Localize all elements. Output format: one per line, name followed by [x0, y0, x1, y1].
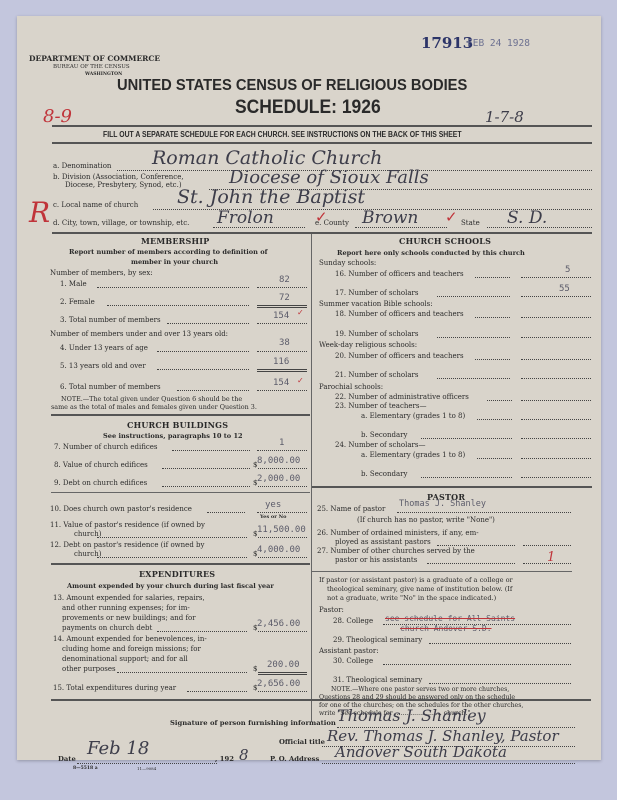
graduate-note-1: If pastor (or assistant pastor) is a gra… — [319, 576, 513, 584]
school-q23a-label: a. Elementary (grades 1 to 8) — [361, 412, 465, 420]
owns-residence-label: 10. Does church own pastor's residence — [50, 505, 192, 513]
edifices-value-field[interactable]: 8,000.00 — [257, 456, 300, 466]
total-members-field[interactable]: 154 — [273, 311, 289, 321]
pastor-college-field-cont: church Andover S.D. — [400, 624, 492, 633]
sunday-schools-label: Sunday schools: — [319, 259, 376, 267]
pastor-college-label: 28. College — [333, 617, 373, 625]
bureau-label: BUREAU OF THE CENSUS — [53, 64, 130, 70]
school-q17-label: 17. Number of scholars — [335, 289, 418, 297]
print-code: 11—9084 — [137, 766, 156, 771]
signature-field[interactable]: Thomas J. Shanley — [337, 706, 486, 725]
edifices-count-dots — [172, 450, 250, 451]
school-q20-label: 20. Number of officers and teachers — [335, 352, 464, 360]
membership-note-1: NOTE.—The total given under Question 6 s… — [61, 395, 242, 403]
assistants-dots — [437, 545, 515, 546]
assistant-seminary-field[interactable] — [429, 683, 571, 684]
expense-14-line — [258, 672, 307, 675]
male-label: 1. Male — [60, 280, 87, 288]
residence-value-label-1: 11. Value of pastor's residence (if owne… — [50, 521, 205, 529]
school-q18-dots — [475, 317, 510, 318]
owns-residence-dots — [207, 512, 245, 513]
school-q16-dots — [475, 277, 510, 278]
expense-total-label: 15. Total expenditures during year — [53, 684, 176, 692]
school-q16-label: 16. Number of officers and teachers — [335, 270, 464, 278]
owns-residence-line — [257, 512, 307, 513]
assistant-college-field[interactable] — [383, 664, 571, 665]
over-13-label: 5. 13 years old and over — [60, 362, 146, 370]
female-dots — [107, 305, 249, 306]
yes-no-hint: Yes or No — [260, 514, 287, 520]
check-mark-icon: ✓ — [297, 308, 304, 317]
department-label: DEPARTMENT OF COMMERCE — [29, 54, 160, 63]
membership-subtitle-1: Report number of members according to de… — [69, 248, 268, 256]
school-q17-dots — [437, 296, 510, 297]
pastor-seminary-field[interactable] — [429, 643, 571, 644]
over-13-field[interactable]: 116 — [273, 357, 289, 367]
residence-value-dots — [97, 537, 247, 538]
denomination-label: a. Denomination — [53, 162, 111, 170]
address-field[interactable]: Andover South Dakota — [335, 743, 507, 761]
expense-13-line-1: 13. Amount expended for salaries, repair… — [53, 594, 205, 602]
church-buildings-subtitle: See instructions, paragraphs 10 to 12 — [103, 432, 243, 440]
school-q24a-dots — [477, 458, 512, 459]
pastor-divider — [312, 571, 572, 572]
under-13-line — [257, 351, 307, 352]
by-age-label: Number of members under and over 13 year… — [50, 330, 228, 338]
male-field[interactable]: 82 — [279, 275, 290, 285]
owns-residence-field[interactable]: yes — [265, 500, 281, 510]
school-q22-field[interactable] — [521, 400, 591, 401]
check-mark-icon: ✓ — [297, 376, 304, 385]
school-q19-label: 19. Number of scholars — [335, 330, 418, 338]
school-q23-label: 23. Number of teachers— — [335, 402, 427, 410]
assistant-college-label: 30. College — [333, 657, 373, 665]
pastor-seminary-label: 29. Theological seminary — [333, 636, 422, 644]
school-q17-line — [521, 296, 591, 297]
instruction-rule — [52, 142, 592, 144]
membership-note-2: same as the total of males and females g… — [51, 403, 257, 411]
school-q19-dots — [437, 337, 510, 338]
female-field[interactable]: 72 — [279, 293, 290, 303]
assistant-pastor-subheading: Assistant pastor: — [319, 647, 379, 655]
residence-debt-line — [258, 557, 307, 558]
other-churches-field[interactable]: 1 — [547, 550, 555, 565]
signature-label: Signature of person furnishing informati… — [170, 719, 336, 727]
year-prefix: , 192 — [215, 755, 234, 763]
school-q24b-dots — [421, 477, 512, 478]
parochial-schools-label: Parochial schools: — [319, 383, 383, 391]
expense-13-line-3: provements or new buildings; and for — [62, 614, 196, 622]
denomination-field[interactable]: Roman Catholic Church — [152, 147, 382, 169]
edifices-count-label: 7. Number of church edifices — [54, 443, 158, 451]
column-divider — [311, 234, 312, 722]
official-title-label: Official title — [279, 738, 325, 746]
female-label: 2. Female — [60, 298, 95, 306]
school-q24a-label: a. Elementary (grades 1 to 8) — [361, 451, 465, 459]
under-13-field[interactable]: 38 — [279, 338, 290, 348]
school-q21-dots — [437, 378, 510, 379]
over-13-dots — [157, 369, 249, 370]
total-members-age-dots — [177, 390, 249, 391]
red-mark-code: 8-9 — [43, 106, 72, 127]
total-members-dots — [167, 323, 249, 324]
edifices-value-label: 8. Value of church edifices — [54, 461, 148, 469]
school-q22-label: 22. Number of administrative officers — [335, 393, 469, 401]
school-q20-dots — [475, 359, 510, 360]
pastor-note-2: Questions 28 and 29 should be answered o… — [319, 694, 515, 701]
edifices-debt-field[interactable]: 2,000.00 — [257, 474, 300, 484]
graduate-note-2: theological seminary, give name of insti… — [327, 585, 512, 593]
school-q18-field[interactable] — [521, 317, 591, 318]
school-q17-field[interactable]: 55 — [559, 284, 570, 294]
school-q23b-field[interactable] — [521, 438, 591, 439]
identification-rule — [52, 232, 592, 234]
weekday-schools-label: Week-day religious schools: — [319, 341, 417, 349]
school-q23b-dots — [421, 438, 512, 439]
form-code: 8—5518 a — [73, 766, 98, 771]
date-field[interactable]: Feb 18 — [87, 738, 149, 759]
school-q16-field[interactable]: 5 — [565, 265, 570, 275]
membership-subtitle-2: member in your church — [131, 258, 218, 266]
buildings-rule — [51, 563, 310, 565]
over-13-line — [257, 369, 307, 372]
pastor-name-label: 25. Name of pastor — [317, 505, 385, 513]
under-13-dots — [157, 351, 249, 352]
instruction-line: FILL OUT A SEPARATE SCHEDULE FOR EACH CH… — [103, 130, 462, 139]
edifices-value-dots — [162, 468, 250, 469]
expense-14-field[interactable]: 200.00 — [267, 660, 300, 670]
school-q23b-label: b. Secondary — [361, 431, 407, 439]
expense-13-line-2: and other running expenses; for im- — [62, 604, 190, 612]
division-label-1: b. Division (Association, Conference, — [53, 173, 184, 181]
edifices-debt-line — [258, 486, 307, 487]
graduate-note-3: not a graduate, write "No" in the space … — [327, 594, 496, 602]
school-q20-field[interactable] — [521, 359, 591, 360]
expense-total-dots — [187, 691, 247, 692]
school-q21-label: 21. Number of scholars — [335, 371, 418, 379]
local-name-label: c. Local name of church — [53, 201, 138, 209]
edifices-count-line — [257, 450, 307, 451]
expense-14-line-2: cluding home and foreign missions; for — [62, 645, 201, 653]
church-schools-subtitle: Report here only schools conducted by th… — [337, 249, 525, 257]
state-label: State — [461, 219, 480, 227]
assistant-seminary-label: 31. Theological seminary — [333, 676, 422, 684]
assistants-field[interactable] — [523, 545, 571, 546]
expense-13-line — [258, 631, 307, 632]
total-members-label: 3. Total number of members — [60, 316, 161, 324]
document-title: UNITED STATES CENSUS OF RELIGIOUS BODIES — [117, 77, 467, 95]
residence-value-field[interactable]: 11,500.00 — [257, 525, 306, 535]
church-schools-title: CHURCH SCHOOLS — [399, 236, 491, 246]
buildings-divider — [51, 492, 310, 493]
school-q24-label: 24. Number of scholars— — [335, 441, 425, 449]
expense-13-dots — [157, 631, 247, 632]
by-sex-label: Number of members, by sex: — [50, 269, 153, 277]
assistants-label-1: 26. Number of ordained ministers, if any… — [317, 529, 479, 537]
check-mark-icon: ✓ — [445, 208, 458, 226]
edifices-value-line — [258, 468, 307, 469]
division-field[interactable]: Diocese of Sioux Falls — [229, 167, 429, 188]
pastor-note-1: NOTE.—Where one pastor serves two or mor… — [331, 686, 509, 693]
school-q21-field[interactable] — [521, 378, 591, 379]
county-label: e. County — [315, 219, 349, 227]
school-q24a-field[interactable] — [521, 458, 591, 459]
schools-rule — [312, 486, 592, 488]
edifices-count-field[interactable]: 1 — [279, 438, 284, 448]
handwritten-code: 1-7-8 — [485, 108, 524, 126]
expense-total-field[interactable]: 2,656.00 — [257, 679, 300, 689]
pastor-name-field[interactable]: Thomas J. Shanley — [399, 499, 486, 509]
city-field[interactable]: Frolon — [217, 208, 274, 228]
state-field[interactable]: S. D. — [507, 208, 547, 228]
membership-title: MEMBERSHIP — [141, 236, 209, 246]
address-label: P. O. Address — [270, 755, 319, 763]
male-dots — [97, 287, 249, 288]
year-field[interactable]: 8 — [239, 746, 249, 764]
school-q18-label: 18. Number of officers and teachers — [335, 310, 464, 318]
currency-symbol: $ — [253, 665, 257, 673]
other-churches-dots — [427, 563, 515, 564]
assistants-label-2: ployed as assistant pastors — [335, 538, 431, 546]
under-13-label: 4. Under 13 years of age — [60, 344, 148, 352]
other-churches-label-2: pastor or his assistants — [335, 556, 417, 564]
date-line — [77, 763, 217, 764]
expense-13-field[interactable]: 2,456.00 — [257, 619, 300, 629]
expenditures-title: EXPENDITURES — [139, 569, 215, 579]
schedule-title: SCHEDULE: 1926 — [235, 97, 381, 119]
total-members-line — [257, 323, 307, 324]
pastor-name-hint: (If church has no pastor, write "None") — [357, 516, 495, 524]
county-field[interactable]: Brown — [362, 208, 418, 228]
church-buildings-title: CHURCH BUILDINGS — [127, 420, 228, 430]
school-q23a-field[interactable] — [521, 419, 591, 420]
total-members-age-line — [257, 390, 307, 391]
expense-14-dots — [117, 672, 247, 673]
pastor-subheading: Pastor: — [319, 606, 344, 614]
residence-debt-label-1: 12. Debt on pastor's residence (if owned… — [50, 541, 204, 549]
residence-value-line — [258, 537, 307, 538]
membership-rule — [51, 414, 310, 416]
census-schedule-page: DEPARTMENT OF COMMERCE BUREAU OF THE CEN… — [17, 16, 601, 760]
other-churches-label-1: 27. Number of other churches served by t… — [317, 547, 475, 555]
expense-14-line-4: other purposes — [62, 665, 116, 673]
school-q24b-field[interactable] — [521, 477, 591, 478]
residence-debt-field[interactable]: 4,000.00 — [257, 545, 300, 555]
city-label: d. City, town, village, or township, etc… — [53, 219, 189, 227]
local-name-field[interactable]: St. John the Baptist — [177, 186, 365, 208]
edifices-debt-label: 9. Debt on church edifices — [54, 479, 147, 487]
school-q23a-dots — [477, 419, 512, 420]
header-rule — [52, 125, 592, 127]
stamp-date: FEB 24 1928 — [467, 38, 530, 49]
expenditures-subtitle: Amount expended by your church during la… — [67, 582, 274, 590]
school-q16-line — [521, 277, 591, 278]
male-line — [257, 287, 307, 288]
pastor-name-line — [397, 512, 571, 513]
school-q19-field[interactable] — [521, 337, 591, 338]
total-members-age-label: 6. Total number of members — [60, 383, 161, 391]
total-members-age-field[interactable]: 154 — [273, 378, 289, 388]
stamp-number: 17913 — [421, 34, 473, 52]
expense-13-line-4: payments on church debt — [62, 624, 152, 632]
division-label-2: Diocese, Presbytery, Synod, etc.) — [65, 181, 182, 189]
edifices-debt-dots — [162, 486, 250, 487]
address-line — [322, 763, 575, 764]
residence-debt-dots — [97, 557, 247, 558]
expense-total-line — [258, 691, 307, 692]
school-q24b-label: b. Secondary — [361, 470, 407, 478]
school-q22-dots — [487, 400, 512, 401]
expense-14-line-3: denominational support; and for all — [62, 655, 188, 663]
summer-schools-label: Summer vacation Bible schools: — [319, 300, 433, 308]
date-label: Date — [58, 755, 76, 763]
pastor-college-field[interactable]: see schedule for All Saints — [385, 614, 515, 623]
expense-14-line-1: 14. Amount expended for benevolences, in… — [53, 635, 207, 643]
red-mark-r: R — [29, 196, 50, 229]
